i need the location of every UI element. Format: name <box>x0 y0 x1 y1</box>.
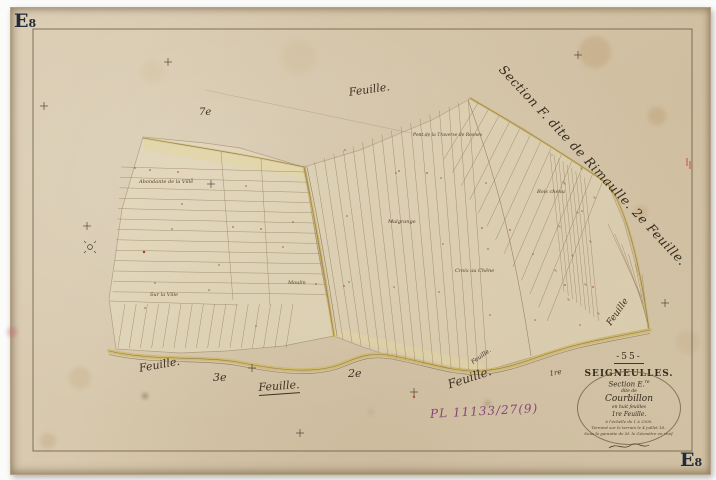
feuille-ref-bottom-3: Feuille. <box>446 364 493 391</box>
feuille-ref-right: Feuille <box>605 297 631 328</box>
cartouche-rule <box>614 363 644 364</box>
scanned-cadastral-map: E8 E8 Section F. dite de Rimaulle. 2e Fe… <box>0 0 716 480</box>
ordinal-ref-7e: 7e <box>199 107 211 118</box>
title-cartouche: -55- SEIGNEULLES. Section E.re dite de C… <box>568 352 690 455</box>
place-name: Malgrange <box>388 219 416 225</box>
ordinal-ref-3e: 3e <box>213 371 227 384</box>
map-labels-layer: E8 E8 Section F. dite de Rimaulle. 2e Fe… <box>0 0 716 480</box>
feuille-ref-small: Feuille. <box>470 347 492 366</box>
ordinal-ref-2e: 2e <box>348 367 362 380</box>
archive-number-note: PL 11133/27(9) <box>430 401 539 421</box>
place-name: Sur la Ville <box>150 292 178 298</box>
place-name: Bois chenu <box>537 189 565 195</box>
cartouche-page-number: -55- <box>568 352 690 362</box>
sheet-mark-top-left: E8 <box>14 10 36 32</box>
place-name: Croix au Chêne <box>455 268 494 274</box>
place-name: Abondante de la Ville <box>139 179 193 185</box>
place-name: Moulin <box>288 280 306 286</box>
feuille-ref-top: Feuille. <box>348 80 391 99</box>
ordinal-ref-1re: 1re <box>549 368 562 378</box>
neighbor-section-note: Section F. dite de Rimaulle. 2e Feuille. <box>496 62 690 268</box>
feuille-ref-bottom-2: Feuille. <box>258 378 300 396</box>
place-name: Pont de la Traverse de Rosnes <box>413 133 482 138</box>
cartouche-ellipse <box>577 371 681 445</box>
feuille-ref-bottom-1: Feuille. <box>138 355 181 375</box>
